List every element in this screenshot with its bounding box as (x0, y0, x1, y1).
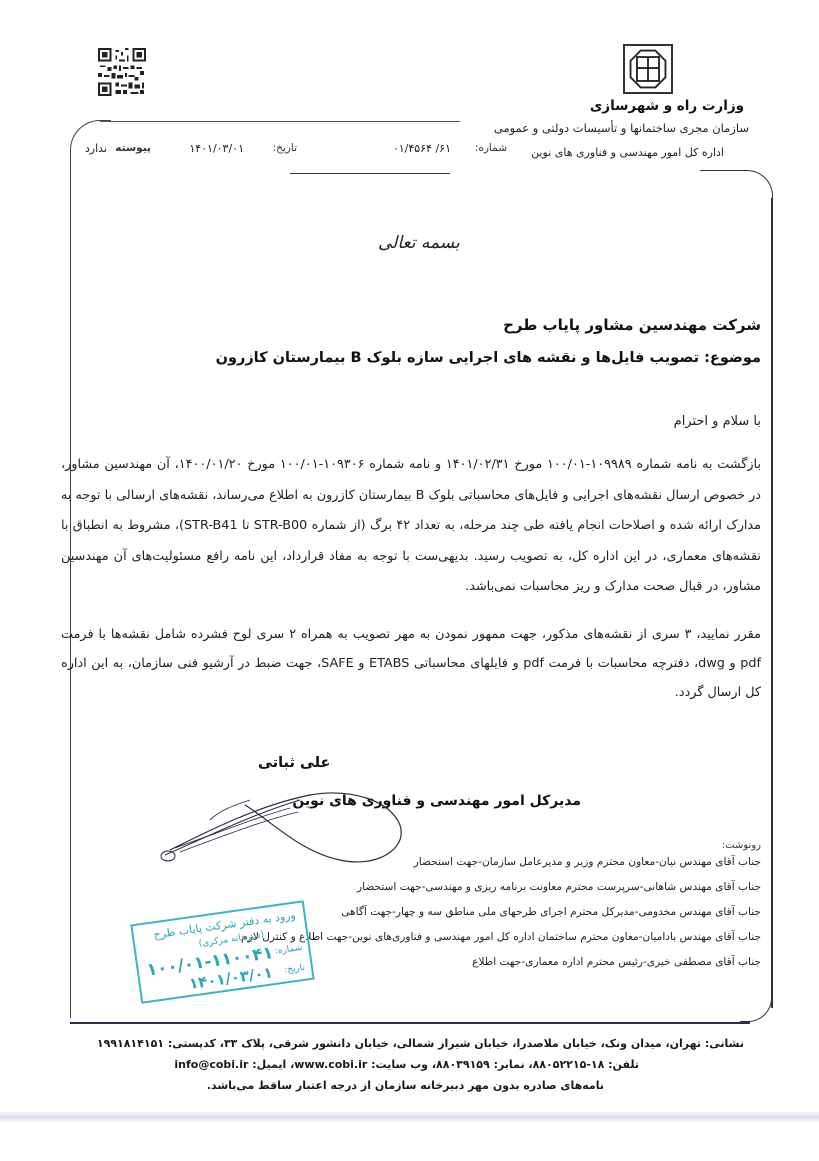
recipient: شرکت مهندسین مشاور پایاب طرح (503, 316, 761, 334)
date-label: تاریخ: (273, 142, 297, 154)
stamp-number-label: شماره: (274, 943, 303, 957)
signer-title: مدیرکل امور مهندسی و فناوری های نوین (292, 793, 581, 809)
meta-underline (290, 173, 450, 174)
cc-item: جناب آقای مهندس مخدومی-مدیرکل محترم اجرا… (341, 906, 761, 918)
ministry-name: وزارت راه و شهرسازی (590, 98, 744, 114)
header-rule (100, 121, 460, 122)
frame-border-bottom-right (740, 990, 772, 1022)
frame-border-top-right (700, 170, 773, 201)
attachment-value: ندارد (85, 142, 107, 155)
handwritten-signature-icon (150, 760, 430, 880)
letter-date: ۱۴۰۱/۰۳/۰۱ (189, 142, 244, 155)
attachment-label: پیوسته (115, 142, 151, 154)
body-paragraph-2: مقرر نمایید، ۳ سری از نقشه‌های مذکور، جه… (61, 620, 761, 707)
ministry-emblem-icon (623, 44, 673, 94)
frame-border-right (771, 198, 773, 1008)
scan-artifact (0, 1112, 819, 1122)
footer-address: نشانی: تهران، میدان ونک، خیابان ملاصدرا،… (97, 1037, 744, 1050)
organization-name: سازمان مجری ساختمانها و تأسیسات دولتی و … (494, 121, 749, 135)
footer-contact: تلفن: ۱۸-۸۸۰۵۲۲۱۵، نمابر: ۸۸۰۳۹۱۵۹، وب س… (174, 1058, 639, 1071)
basmala: بسمه تعالی (378, 233, 460, 253)
stamp-date-label: تاریخ: (284, 963, 306, 976)
department-name: اداره کل امور مهندسی و فناوری های نوین (531, 146, 724, 159)
received-stamp: ورود به دفتر شرکت پایاب طرح (دبیرخانه مر… (130, 900, 314, 1004)
cc-label: رونوشت: (722, 840, 761, 851)
footer-notice: نامه‌های صادره بدون مهر دبیرخانه سازمان … (207, 1079, 604, 1092)
greeting: با سلام و احترام (674, 414, 761, 429)
body-paragraph-1: بازگشت به نامه شماره ۱۰۹۹۸۹-۱۰۰/۰۱ مورخ … (61, 450, 761, 603)
qr-code-icon (98, 48, 146, 96)
cc-item: جناب آقای مهندس نیان-معاون محترم وزیر و … (414, 856, 761, 868)
cc-item: جناب آقای مهندس بادامیان-معاون محترم ساخ… (241, 931, 761, 943)
number-label: شماره: (475, 142, 507, 154)
subject: موضوع: تصویب فایل‌ها و نقشه های اجرایی س… (216, 350, 761, 366)
cc-item: جناب آقای مصطفی خیری-رئیس محترم اداره مع… (472, 956, 761, 968)
signer-name: علی ثباتی (258, 755, 330, 771)
letter-number: ۶۱/ ۰۱/۴۵۶۴ (393, 142, 451, 155)
cc-item: جناب آقای مهندس شاهانی-سرپرست محترم معاو… (357, 881, 761, 893)
frame-border-bottom (70, 1022, 750, 1024)
